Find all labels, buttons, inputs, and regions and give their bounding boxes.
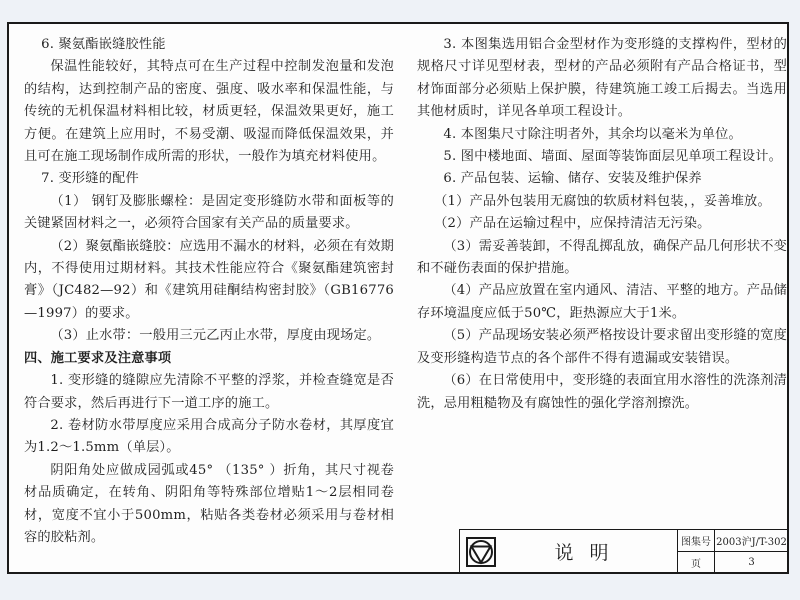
title-info-grid: 图集号 2003沪J/T-302 页 3 xyxy=(678,530,788,573)
heading-7: 7. 变形缝的配件 xyxy=(24,168,394,190)
paragraph: 4. 本图集尺寸除注明者外，其余均以毫米为单位。 xyxy=(417,124,787,146)
paragraph: （5）产品现场安装必须严格按设计要求留出变形缝的宽度及变形缝构造节点的各个部件不… xyxy=(417,325,787,370)
heading-6: 6. 聚氨酯嵌缝胶性能 xyxy=(24,34,394,56)
paragraph: 保温性能较好，其特点可在生产过程中控制发泡量和发泡的结构，达到控制产品的密度、强… xyxy=(24,56,394,168)
paragraph: 2. 卷材防水带厚度应采用合成高分子防水卷材，其厚度宜为1.2～1.5mm（单层… xyxy=(24,415,394,460)
paragraph: （2）产品在运输过程中，应保持清洁无污染。 xyxy=(417,213,787,235)
page-label: 页 xyxy=(678,552,715,574)
paragraph: （1） 钢钉及膨胀螺栓：是固定变形缝防水带和面板等的关键紧固材料之一，必须符合国… xyxy=(24,191,394,236)
atlas-number-value: 2003沪J/T-302 xyxy=(715,530,788,552)
paragraph: 1. 变形缝的缝隙应先清除不平整的浮浆，并检查缝宽是否符合要求，然后再进行下一道… xyxy=(24,370,394,415)
circle-triangle-logo-icon xyxy=(460,530,502,573)
paragraph: （1）产品外包装用无腐蚀的软质材料包装，，妥善堆放。 xyxy=(417,191,787,213)
paragraph: 3. 本图集选用铝合金型材作为变形缝的支撑构件，型材的规格尺寸详见型材表，型材的… xyxy=(417,34,787,124)
page-number: 3 xyxy=(715,552,788,574)
heading-6-packaging: 6. 产品包装、运输、储存、安装及维护保养 xyxy=(417,168,787,190)
section-heading: 四、施工要求及注意事项 xyxy=(24,348,394,370)
paragraph: （2）聚氨酯嵌缝胶：应选用不漏水的材料，必须在有效期内，不得使用过期材料。其技术… xyxy=(24,236,394,326)
sheet-title: 说明 xyxy=(502,530,678,573)
atlas-number-label: 图集号 xyxy=(678,530,715,552)
title-block: 说明 图集号 2003沪J/T-302 页 3 xyxy=(459,529,788,573)
drawing-sheet: 6. 聚氨酯嵌缝胶性能 保温性能较好，其特点可在生产过程中控制发泡量和发泡的结构… xyxy=(7,22,789,574)
paragraph: （6）在日常使用中，变形缝的表面宜用水溶性的洗涤剂清洗，忌用粗糙物及有腐蚀性的强… xyxy=(417,370,787,415)
paragraph: 阴阳角处应做成园弧或45° （135° ）折角，其尺寸视卷材品质确定，在转角、阴… xyxy=(24,460,394,550)
paragraph: （4）产品应放置在室内通风、清洁、平整的地方。产品储存环境温度应低于50℃，距热… xyxy=(417,280,787,325)
paragraph: （3）需妥善装卸，不得乱掷乱放，确保产品几何形状不变和不碰伤表面的保护措施。 xyxy=(417,236,787,281)
paragraph: （3）止水带：一般用三元乙丙止水带，厚度由现场定。 xyxy=(24,325,394,347)
left-column: 6. 聚氨酯嵌缝胶性能 保温性能较好，其特点可在生产过程中控制发泡量和发泡的结构… xyxy=(24,34,394,549)
paragraph: 5. 图中楼地面、墙面、屋面等装饰面层见单项工程设计。 xyxy=(417,146,787,168)
right-column: 3. 本图集选用铝合金型材作为变形缝的支撑构件，型材的规格尺寸详见型材表，型材的… xyxy=(417,34,787,415)
